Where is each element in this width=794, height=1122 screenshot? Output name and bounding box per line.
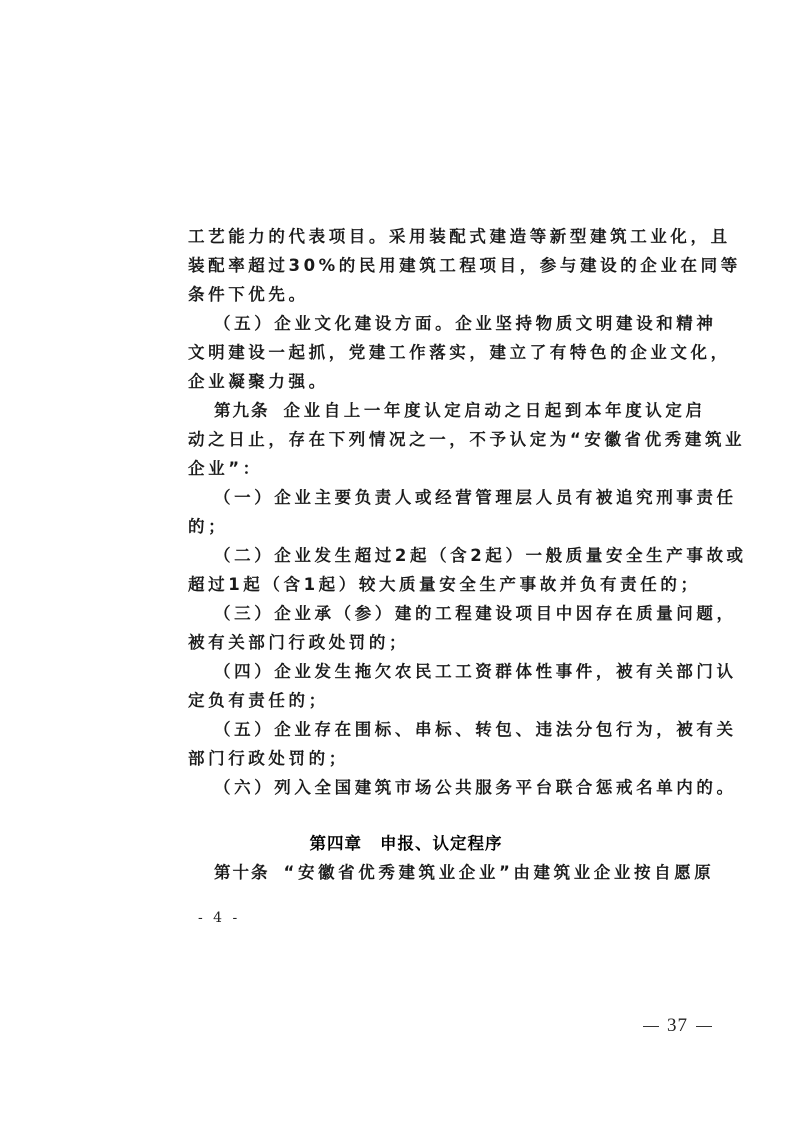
paragraph-line: 企业”： [188,454,628,483]
body-text: 工艺能力的代表项目。采用装配式建造等新型建筑工业化，且 装配率超过30%的民用建… [188,222,628,887]
paragraph-line: 工艺能力的代表项目。采用装配式建造等新型建筑工业化，且 [188,222,628,251]
spacer [188,802,628,829]
list-item-line: 定负有责任的； [188,686,628,715]
article-10-text: “安徽省优秀建筑业企业”由建筑业企业按自愿原 [284,863,715,882]
article-9-title: 第九条 [214,401,270,420]
article-9-first-line: 第九条企业自上一年度认定启动之日起到本年度认定启 [188,396,628,425]
chapter-title: 申报、认定程序 [380,834,503,853]
list-item-line: （五）企业存在围标、串标、转包、违法分包行为，被有关 [188,715,628,744]
list-item-line: （六）列入全国建筑市场公共服务平台联合惩戒名单内的。 [188,773,628,802]
list-item-line: 被有关部门行政处罚的； [188,628,628,657]
dash-left [643,1026,659,1027]
list-item-line: （二）企业发生超过2起（含2起）一般质量安全生产事故或 [188,541,628,570]
list-item-line: 超过1起（含1起）较大质量安全生产事故并负有责任的； [188,570,628,599]
list-item-line: （四）企业发生拖欠农民工工资群体性事件，被有关部门认 [188,657,628,686]
list-item-line: 的； [188,512,628,541]
dash-right [696,1026,712,1027]
list-item-line: （一）企业主要负责人或经营管理层人员有被追究刑事责任 [188,483,628,512]
list-item-line: 部门行政处罚的； [188,744,628,773]
paragraph-line: 企业凝聚力强。 [188,367,628,396]
paragraph-line: 装配率超过30%的民用建筑工程项目，参与建设的企业在同等 [188,251,628,280]
article-10-first-line: 第十条“安徽省优秀建筑业企业”由建筑业企业按自愿原 [188,858,628,887]
chapter-heading: 第四章申报、认定程序 [188,829,628,858]
article-9-text: 企业自上一年度认定启动之日起到本年度认定启 [284,401,706,420]
paragraph-line: 动之日止，存在下列情况之一，不予认定为“安徽省优秀建筑业 [188,425,628,454]
paragraph-line: （五）企业文化建设方面。企业坚持物质文明建设和精神 [188,309,628,338]
paragraph-line: 文明建设一起抓，党建工作落实，建立了有特色的企业文化， [188,338,628,367]
outer-page-number: 37 [635,1015,720,1037]
document-page: 工艺能力的代表项目。采用装配式建造等新型建筑工业化，且 装配率超过30%的民用建… [0,0,794,1122]
inner-page-number: - 4 - [198,910,240,926]
list-item-line: （三）企业承（参）建的工程建设项目中因存在质量问题， [188,599,628,628]
outer-page-number-value: 37 [667,1015,688,1036]
chapter-label: 第四章 [310,834,363,853]
article-10-title: 第十条 [214,863,270,882]
paragraph-line: 条件下优先。 [188,280,628,309]
